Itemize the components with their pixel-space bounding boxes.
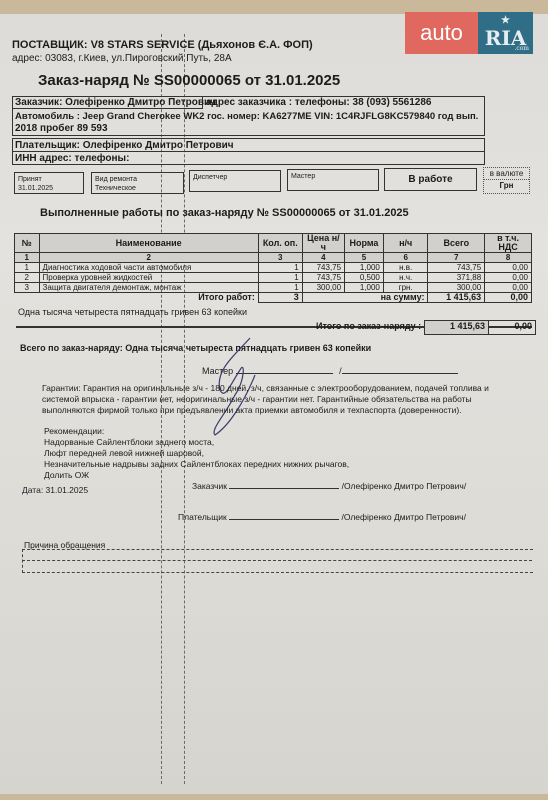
autoria-logo[interactable]: auto ★ RIA .com	[405, 12, 533, 54]
warranty-text: Гарантии: Гарантия на оригинальные з/ч -…	[42, 383, 489, 416]
logo-ria: ★ RIA .com	[478, 12, 533, 54]
divider	[12, 151, 485, 152]
order-total-label: Итого по заказ-наряду :	[316, 321, 421, 331]
status-badge: В работе	[384, 168, 477, 191]
page-title: Заказ-наряд № SS00000065 от 31.01.2025	[38, 72, 340, 89]
customer-address: адрес заказчика : телефоны: 38 (093) 556…	[206, 97, 431, 108]
customer-name: Заказчик: Олефіренко Дмитро Петрович	[15, 97, 216, 108]
table-row: 1 Диагностика ходовой части автомобиля 1…	[15, 263, 532, 273]
recommendations: Рекомендации: Надорваные Сайлентблоки за…	[44, 426, 349, 481]
table-row: 2 Проверка уровней жидкостей 1 743,75 0,…	[15, 273, 532, 283]
amount-in-words: Одна тысяча четыреста пятнадцать гривен …	[18, 307, 247, 317]
table-summary-row: Итого работ: 3 на сумму: 1 415,63 0,00	[15, 293, 532, 303]
works-title: Выполненные работы по заказ-наряду № SS0…	[40, 207, 409, 219]
car-info-2: 2018 пробег 89 593	[15, 123, 108, 134]
dispatcher-box: Диспетчер	[189, 170, 281, 192]
customer-signature: Заказчик /Олефіренко Дмитро Петрович/	[192, 481, 466, 491]
table-header: № Наименование Кол. оп. Цена н/ч Норма н…	[15, 234, 532, 253]
table-column-numbers: 1 2 3 4 5 6 7 8	[15, 253, 532, 263]
car-info: Автомобиль : Jeep Grand Cherokee WK2 гос…	[15, 111, 478, 122]
document-date: Дата: 31.01.2025	[22, 485, 88, 495]
star-icon: ★	[501, 16, 510, 26]
reason-field	[22, 549, 533, 573]
payer-name: Плательщик: Олефіренко Дмитро Петрович	[15, 140, 234, 151]
table-row: 3 Защита двигателя демонтаж, монтаж 1 30…	[15, 283, 532, 293]
accepted-box: Принят 31.01.2025	[14, 172, 84, 194]
works-table: № Наименование Кол. оп. Цена н/ч Норма н…	[14, 233, 532, 303]
master-box: Мастер	[287, 169, 379, 191]
supplier-line: ПОСТАВЩИК: V8 STARS SERVICE (Дьяхонов Є.…	[12, 39, 313, 51]
divider	[22, 560, 532, 561]
supplier-address: адрес: 03083, г.Киев, ул.Пироговский Пут…	[12, 53, 232, 64]
payer-details: ИНН адрес: телефоны:	[15, 153, 129, 164]
repair-type-box: Вид ремонта Техническое	[91, 172, 184, 194]
currency-box: в валюте Грн	[483, 167, 530, 194]
payer-signature: Плательщик /Олефіренко Дмитро Петрович/	[178, 512, 466, 522]
order-total-box: 1 415,63 0,00	[424, 320, 536, 335]
logo-auto: auto	[405, 12, 478, 54]
